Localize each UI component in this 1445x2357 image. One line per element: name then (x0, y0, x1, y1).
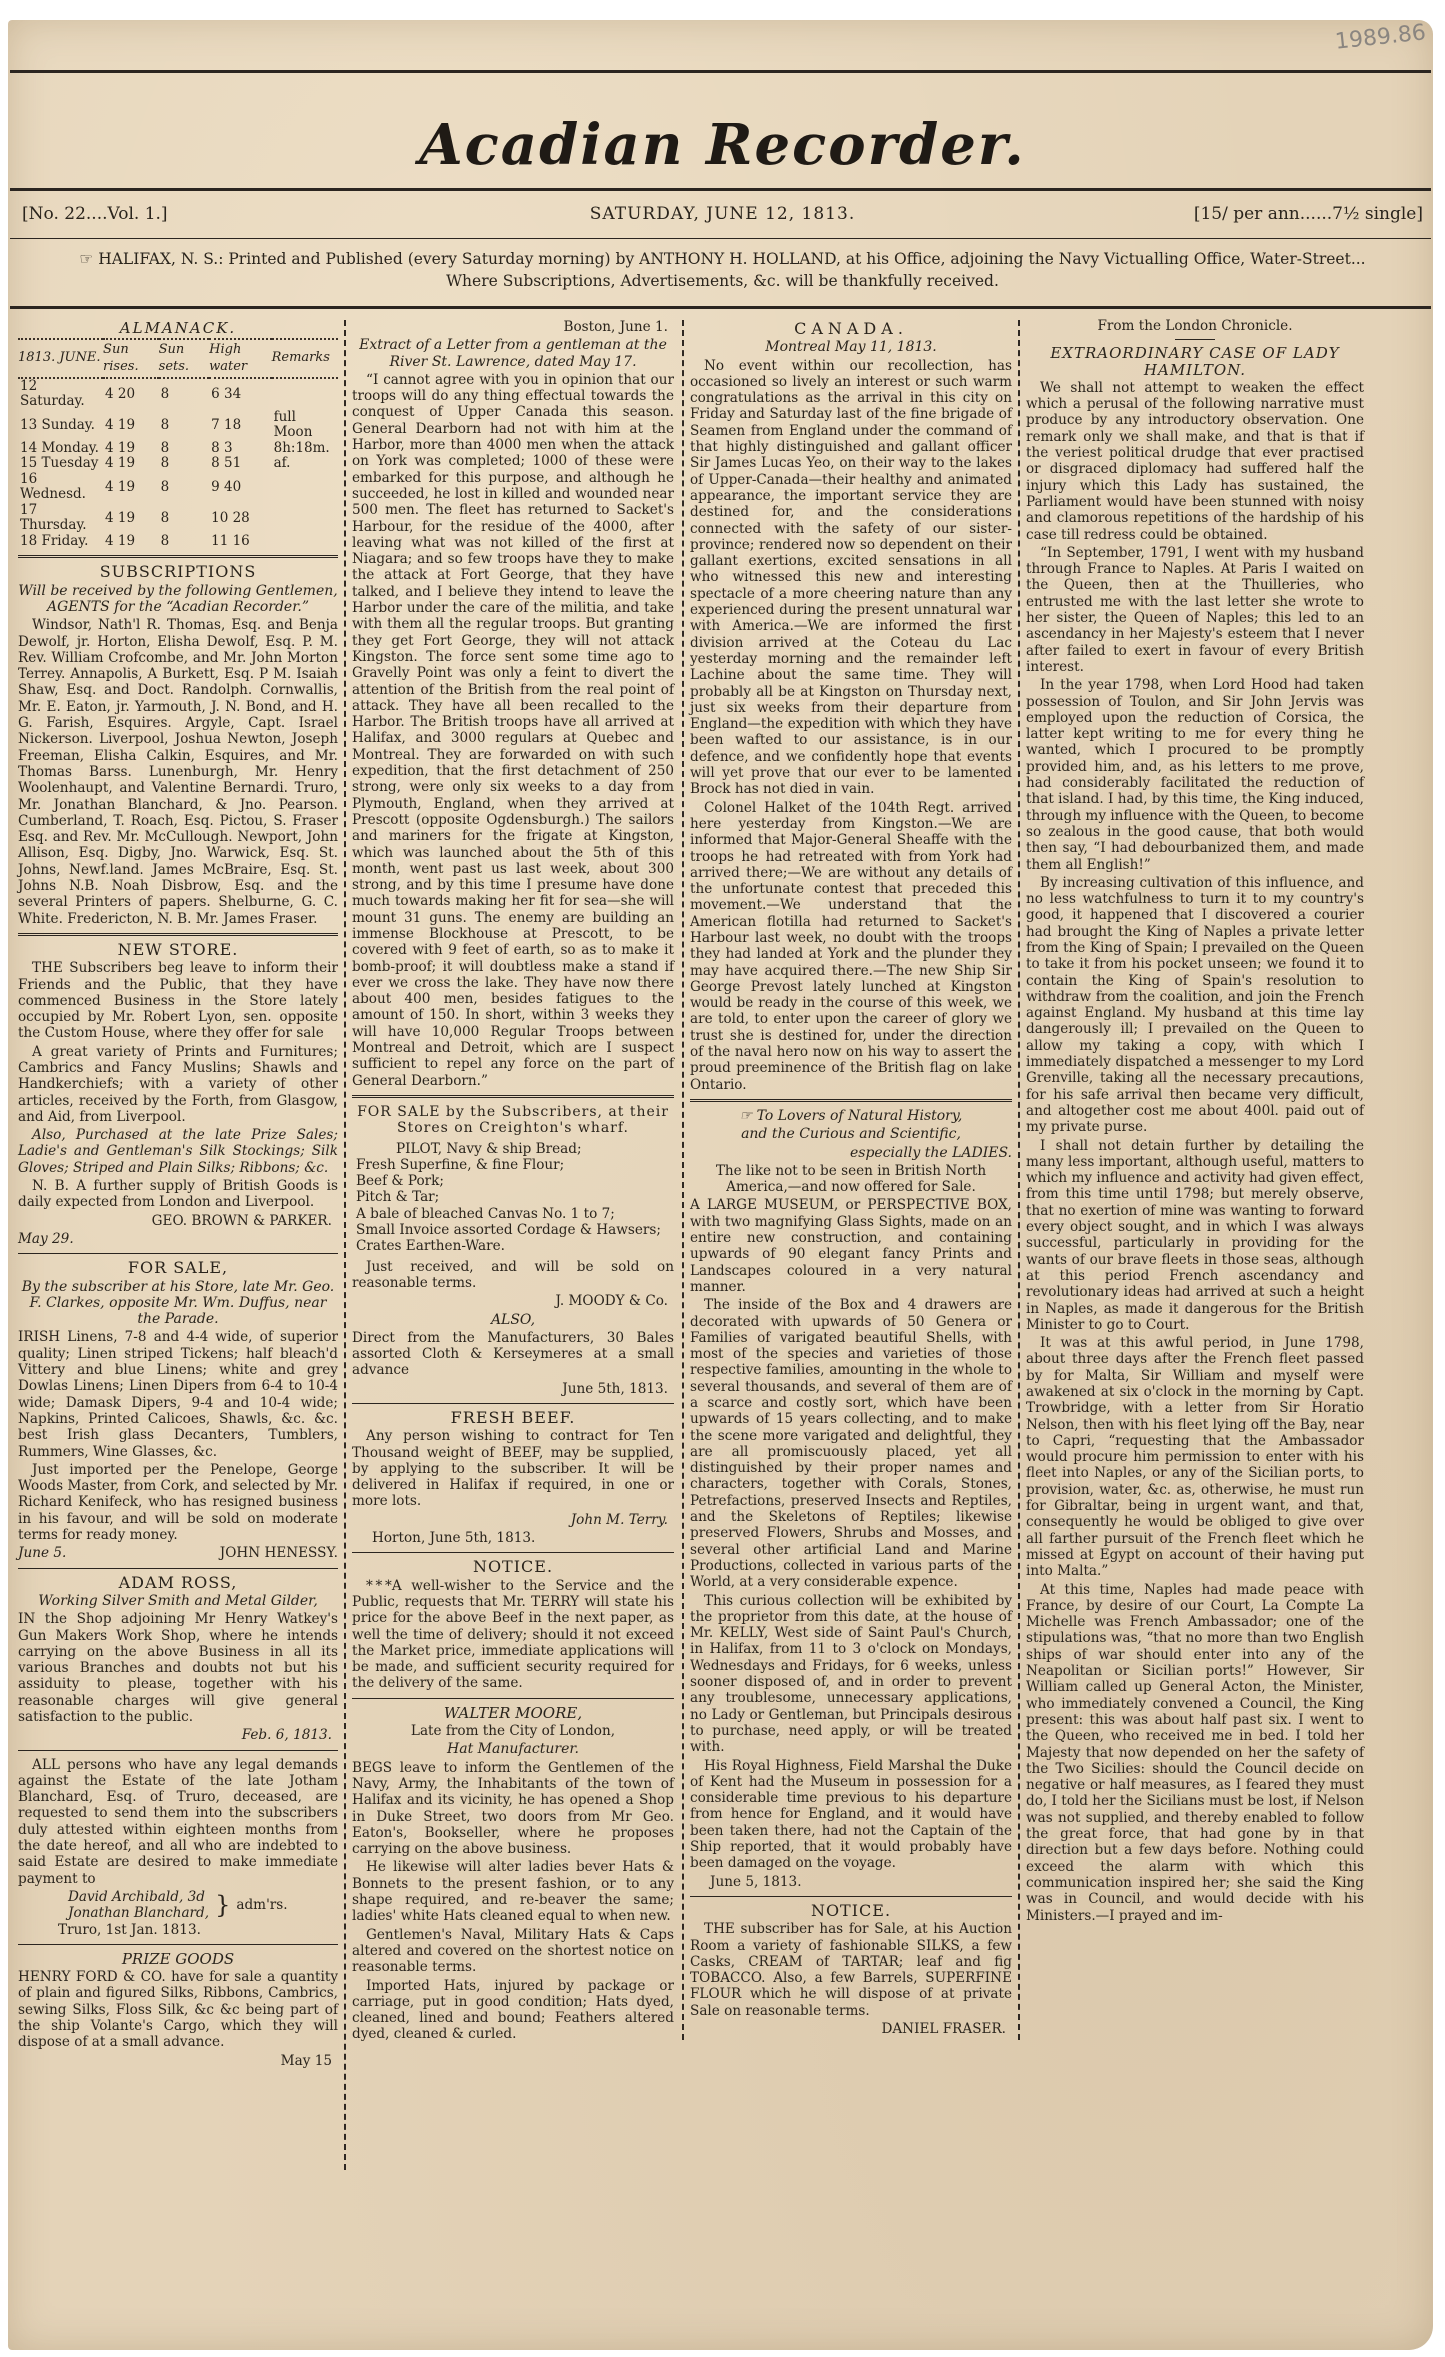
sun-rises: 4 19 (103, 456, 159, 472)
column-4: From the London Chronicle. EXTRAORDINARY… (1026, 318, 1364, 1926)
almanack-row: 15 Tuesday4 1988 51af. (18, 456, 338, 472)
prize-goods-body: HENRY FORD & CO. have for sale a quantit… (18, 1969, 338, 2050)
moody-signature: J. MOODY & Co. (352, 1293, 668, 1309)
column-divider-1 (344, 320, 346, 2170)
column-divider-3 (1018, 320, 1020, 2040)
moody-item: Small Invoice assorted Cordage & Hawsers… (356, 1222, 674, 1238)
high-water: 8 51 (209, 456, 271, 472)
remark: 8h:18m. (272, 441, 338, 457)
for-sale-date: June 5. (18, 1545, 66, 1561)
sun-rises: 4 19 (103, 503, 159, 534)
museum-intro: The like not to be seen in British North… (690, 1163, 1012, 1196)
remark (272, 534, 338, 550)
divider (18, 555, 338, 558)
almanack-row: 12 Saturday.4 2086 34 (18, 378, 338, 410)
almanack-day: 18 Friday. (18, 534, 103, 550)
short-rule (1175, 339, 1215, 340)
almanack-header: Remarks (272, 339, 338, 378)
article-paragraph: “In September, 1791, I went with my husb… (1026, 545, 1364, 675)
fresh-beef-body: Any person wishing to contract for Ten T… (352, 1428, 674, 1509)
walter-moore-trade: Hat Manufacturer. (352, 1741, 674, 1757)
adam-ross-subtitle: Working Silver Smith and Metal Gilder, (18, 1593, 338, 1609)
museum-heading-1: ☞ To Lovers of Natural History, (690, 1108, 1012, 1124)
new-store-signature: GEO. BROWN & PARKER. (18, 1213, 332, 1229)
for-sale-signature: JOHN HENESSY. (220, 1545, 338, 1561)
almanack-day: 13 Sunday. (18, 410, 103, 441)
almanack-title: ALMANACK. (18, 320, 338, 336)
article-paragraph: It was at this awful period, in June 179… (1026, 1335, 1364, 1579)
imprint-rule (10, 306, 1431, 309)
moody-items: PILOT, Navy & ship Bread; Fresh Superfin… (352, 1141, 674, 1255)
almanack-day: 12 Saturday. (18, 378, 103, 410)
divider (690, 1896, 1012, 1897)
adam-ross-date: Feb. 6, 1813. (18, 1727, 332, 1743)
fraser-notice-body: THE subscriber has for Sale, at his Auct… (690, 1921, 1012, 2019)
boston-letter: “I cannot agree with you in opinion that… (352, 372, 674, 1089)
moody-note: Just received, and will be sold on reaso… (352, 1259, 674, 1292)
sun-rises: 4 19 (103, 410, 159, 441)
newspaper-title: Acadian Recorder. (0, 112, 1445, 178)
walter-moore-title: WALTER MOORE, (352, 1705, 674, 1721)
for-sale-subtitle: By the subscriber at his Store, late Mr.… (18, 1279, 338, 1328)
museum-paragraph: A LARGE MUSEUM, or PERSPECTIVE BOX, with… (690, 1197, 1012, 1295)
divider (352, 1095, 674, 1098)
almanack-header: 1813. JUNE. (18, 339, 103, 378)
fresh-beef-date: Horton, June 5th, 1813. (352, 1530, 674, 1546)
sun-sets: 8 (159, 441, 209, 457)
adam-ross-title: ADAM ROSS, (18, 1575, 338, 1591)
for-sale-paragraph: IRISH Linens, 7-8 and 4-4 wide, of super… (18, 1329, 338, 1459)
article-title: EXTRAORDINARY CASE OF LADY HAMILTON. (1026, 345, 1364, 378)
article-paragraph: At this time, Naples had made peace with… (1026, 1582, 1364, 1924)
moody-item: Pitch & Tar; (356, 1189, 674, 1205)
column-3: CANADA. Montreal May 11, 1813. No event … (690, 318, 1012, 2039)
museum-date: June 5, 1813. (690, 1874, 1012, 1890)
museum-heading-2: and the Curious and Scientific, (690, 1126, 1012, 1142)
almanack-day: 15 Tuesday (18, 456, 103, 472)
high-water: 6 34 (209, 378, 271, 410)
imprint-line-1: ☞ HALIFAX, N. S.: Printed and Published … (20, 248, 1425, 270)
sun-rises: 4 19 (103, 472, 159, 503)
divider (18, 933, 338, 936)
moody-item: A bale of bleached Canvas No. 1 to 7; (356, 1206, 674, 1222)
article-paragraph: By increasing cultivation of this influe… (1026, 875, 1364, 1136)
imprint: ☞ HALIFAX, N. S.: Printed and Published … (20, 248, 1425, 292)
sun-rises: 4 20 (103, 378, 159, 410)
remark (272, 378, 338, 410)
almanack-row: 17 Thursday.4 19810 28 (18, 503, 338, 534)
administrator-name: Jonathan Blanchard, (68, 1905, 209, 1921)
remark: af. (272, 456, 338, 472)
new-store-paragraph: Also, Purchased at the late Prize Sales;… (18, 1127, 338, 1176)
divider (690, 1099, 1012, 1102)
fraser-notice-title: NOTICE. (690, 1903, 1012, 1919)
almanack-day: 14 Monday. (18, 441, 103, 457)
prize-goods-title: PRIZE GOODS (18, 1951, 338, 1967)
article-paragraph: In the year 1798, when Lord Hood had tak… (1026, 677, 1364, 873)
canada-title: CANADA. (690, 321, 1012, 337)
sun-sets: 8 (159, 472, 209, 503)
almanack-header: High water (209, 339, 271, 378)
fresh-beef-title: FRESH BEEF. (352, 1410, 674, 1426)
fresh-beef-signature: John M. Terry. (352, 1512, 668, 1528)
article-source: From the London Chronicle. (1026, 318, 1364, 334)
divider (18, 1750, 338, 1751)
almanack-row: 18 Friday.4 19811 16 (18, 534, 338, 550)
estate-administrators: David Archibald, 3d Jonathan Blanchard, … (18, 1889, 338, 1922)
high-water: 7 18 (209, 410, 271, 441)
walter-moore-paragraph: Imported Hats, injured by package or car… (352, 1978, 674, 2043)
divider (18, 1253, 338, 1254)
high-water: 11 16 (209, 534, 271, 550)
moody-also: ALSO, (352, 1312, 674, 1328)
subscription-price: [15/ per ann......7½ single] (1194, 204, 1423, 224)
sun-sets: 8 (159, 534, 209, 550)
almanack-row: 13 Sunday.4 1987 18full Moon (18, 410, 338, 441)
notice-body: * * *A well-wisher to the Service and th… (352, 1578, 674, 1692)
new-store-date: May 29. (18, 1231, 338, 1247)
almanack-header: Sun sets. (159, 339, 209, 378)
high-water: 9 40 (209, 472, 271, 503)
moody-date: June 5th, 1813. (352, 1381, 668, 1397)
almanack-row: 16 Wednesd.4 1989 40 (18, 472, 338, 503)
walter-moore-subtitle: Late from the City of London, (352, 1723, 674, 1739)
for-sale-title: FOR SALE, (18, 1260, 338, 1276)
moody-also-body: Direct from the Manufacturers, 30 Bales … (352, 1330, 674, 1379)
subscriptions-title: SUBSCRIPTIONS (18, 564, 338, 580)
walter-moore-paragraph: He likewise will alter ladies bever Hats… (352, 1859, 674, 1924)
new-store-title: NEW STORE. (18, 942, 338, 958)
estate-notice-date: Truro, 1st Jan. 1813. (18, 1922, 338, 1938)
divider (352, 1698, 674, 1699)
boston-subtitle: Extract of a Letter from a gentleman at … (352, 337, 674, 370)
museum-paragraph: His Royal Highness, Field Marshal the Du… (690, 1758, 1012, 1872)
canada-paragraph: No event within our recollection, has oc… (690, 358, 1012, 798)
sun-rises: 4 19 (103, 441, 159, 457)
masthead-bottom-rule (10, 188, 1431, 191)
moody-item: PILOT, Navy & ship Bread; (356, 1141, 674, 1157)
for-sale-footer: June 5. JOHN HENESSY. (18, 1545, 338, 1561)
divider (352, 1552, 674, 1553)
boston-dateline: Boston, June 1. (352, 319, 668, 335)
subscriptions-subtitle: Will be received by the following Gentle… (18, 583, 338, 616)
sun-sets: 8 (159, 503, 209, 534)
dateline-rule (10, 238, 1431, 239)
moody-item: Fresh Superfine, & fine Flour; (356, 1157, 674, 1173)
moody-item: Beef & Pork; (356, 1173, 674, 1189)
almanack-header: Sun rises. (103, 339, 159, 378)
sun-sets: 8 (159, 410, 209, 441)
high-water: 10 28 (209, 503, 271, 534)
subscriptions-agents: Windsor, Nath'l R. Thomas, Esq. and Benj… (18, 617, 338, 927)
high-water: 8 3 (209, 441, 271, 457)
sun-sets: 8 (159, 378, 209, 410)
notice-title: NOTICE. (352, 1559, 674, 1575)
fraser-signature: DANIEL FRASER. (690, 2021, 1006, 2037)
administrator-name: David Archibald, 3d (68, 1889, 209, 1905)
prize-goods-date: May 15 (18, 2053, 332, 2069)
for-sale-paragraph: Just imported per the Penelope, George W… (18, 1462, 338, 1543)
moody-for-sale-title: FOR SALE by the Subscribers, at their St… (352, 1104, 674, 1137)
walter-moore-paragraph: Gentlemen's Naval, Military Hats & Caps … (352, 1927, 674, 1976)
imprint-line-2: Where Subscriptions, Advertisements, &c.… (20, 270, 1425, 292)
museum-paragraph: This curious collection will be exhibite… (690, 1593, 1012, 1756)
article-paragraph: I shall not detain further by detailing … (1026, 1138, 1364, 1334)
almanack-day: 17 Thursday. (18, 503, 103, 534)
moody-item: Crates Earthen-Ware. (356, 1238, 674, 1254)
almanack-day: 16 Wednesd. (18, 472, 103, 503)
divider (18, 1944, 338, 1945)
article-paragraph: We shall not attempt to weaken the effec… (1026, 380, 1364, 543)
divider (352, 1403, 674, 1404)
canada-paragraph: Colonel Halket of the 104th Regt. arrive… (690, 800, 1012, 1093)
estate-notice-body: ALL persons who have any legal demands a… (18, 1757, 338, 1887)
canada-dateline: Montreal May 11, 1813. (690, 339, 1012, 355)
masthead-top-rule (10, 70, 1431, 73)
column-2: Boston, June 1. Extract of a Letter from… (352, 318, 674, 2045)
museum-heading-3: especially the LADIES. (690, 1145, 1012, 1161)
column-divider-2 (682, 320, 684, 2040)
almanack-table: 1813. JUNE. Sun rises. Sun sets. High wa… (18, 338, 338, 549)
dateline: [No. 22....Vol. 1.] SATURDAY, JUNE 12, 1… (22, 204, 1423, 232)
museum-paragraph: The inside of the Box and 4 drawers are … (690, 1297, 1012, 1590)
walter-moore-paragraph: BEGS leave to inform the Gentlemen of th… (352, 1760, 674, 1858)
remark: full Moon (272, 410, 338, 441)
almanack-row: 14 Monday.4 1988 38h:18m. (18, 441, 338, 457)
administrator-names: David Archibald, 3d Jonathan Blanchard, (68, 1889, 209, 1922)
column-1: ALMANACK. 1813. JUNE. Sun rises. Sun set… (18, 318, 338, 2071)
new-store-paragraph: A great variety of Prints and Furnitures… (18, 1044, 338, 1125)
divider (18, 1568, 338, 1569)
sun-rises: 4 19 (103, 534, 159, 550)
new-store-paragraph: THE Subscribers beg leave to inform thei… (18, 960, 338, 1041)
adam-ross-body: IN the Shop adjoining Mr Henry Watkey's … (18, 1611, 338, 1725)
new-store-paragraph: N. B. A further supply of British Goods … (18, 1178, 338, 1211)
sun-sets: 8 (159, 456, 209, 472)
administrator-role: adm'rs. (236, 1897, 287, 1913)
remark (272, 472, 338, 503)
remark (272, 503, 338, 534)
